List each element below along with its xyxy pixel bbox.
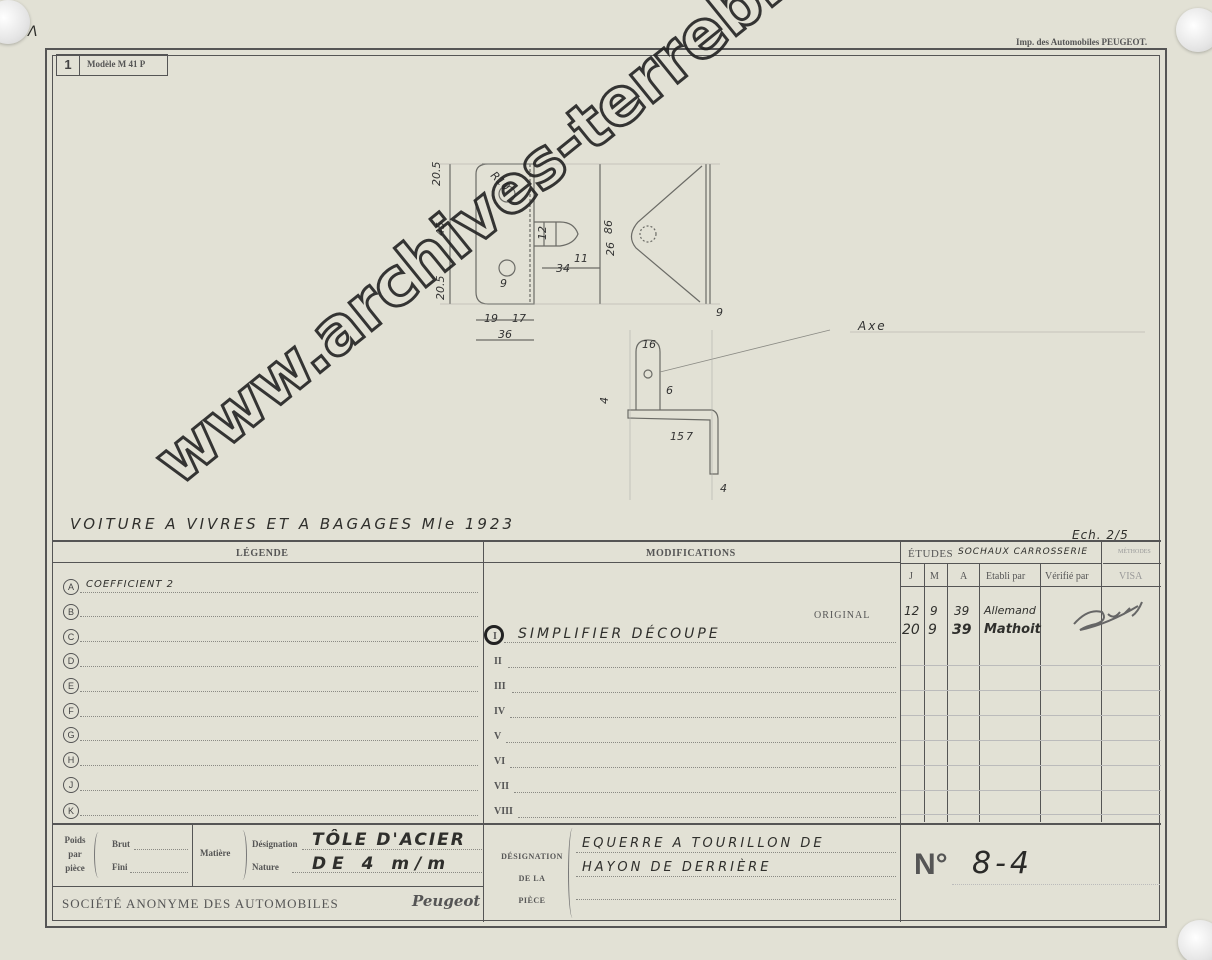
svg-text:19: 19 xyxy=(484,312,498,325)
part-number: 8-4 xyxy=(972,846,1033,881)
mod-num-8: VIII xyxy=(494,806,513,817)
col-etabli: Etabli par xyxy=(986,571,1025,582)
etudes-header: ÉTUDES xyxy=(908,548,953,560)
col-j: J xyxy=(909,571,913,582)
lower-block-top xyxy=(53,823,1161,825)
nature-label: Nature xyxy=(252,862,279,872)
mod-num-2: II xyxy=(494,656,502,667)
company-name: SOCIÉTÉ ANONYME DES AUTOMOBILES xyxy=(62,896,339,912)
poids-label-2: par xyxy=(63,847,87,861)
mod-num-6: VI xyxy=(494,756,505,767)
etudes-row1-a: 39 xyxy=(954,604,969,618)
piece-label-3: PIÈCE xyxy=(490,890,574,912)
svg-text:Axe: Axe xyxy=(857,319,887,333)
legende-letter-h: H xyxy=(63,752,79,768)
legende-text-a: COEFFICIENT 2 xyxy=(86,579,174,590)
svg-text:16: 16 xyxy=(642,338,656,351)
legende-letter-d: D xyxy=(63,653,79,669)
svg-text:15: 15 xyxy=(670,430,684,443)
visa-signature xyxy=(1068,594,1152,640)
col-verifie: Vérifié par xyxy=(1045,571,1089,582)
etudes-dept: SOCHAUX CARROSSERIE xyxy=(958,547,1088,557)
etudes-row2-j: 20 xyxy=(902,622,920,638)
svg-text:9: 9 xyxy=(716,306,723,319)
piece-line-2: HAYON DE DERRIÈRE xyxy=(582,860,771,875)
legende-header: LÉGENDE xyxy=(236,548,288,559)
mod-num-7: VII xyxy=(494,781,509,792)
modifications-divider xyxy=(900,540,901,922)
mod-num-3: III xyxy=(494,681,506,692)
legende-letter-j: J xyxy=(63,777,79,793)
original-label: ORIGINAL xyxy=(814,610,870,621)
drawing-sheet: Λ Imp. des Automobiles PEUGEOT. 1 Modèle… xyxy=(0,0,1212,960)
svg-text:26: 26 xyxy=(604,242,617,256)
number-prefix: N° xyxy=(914,848,948,882)
legende-letter-k: K xyxy=(63,803,79,819)
svg-text:6: 6 xyxy=(666,384,673,397)
designation-label: Désignation xyxy=(252,839,298,849)
poids-label-1: Poids xyxy=(63,833,87,847)
legende-letter-c: C xyxy=(63,629,79,645)
svg-text:36: 36 xyxy=(498,328,512,341)
legende-letter-a: A xyxy=(63,579,79,595)
svg-text:86: 86 xyxy=(602,220,615,234)
etudes-row1-j: 12 xyxy=(904,604,919,618)
header-divider xyxy=(53,562,901,563)
svg-text:11: 11 xyxy=(574,252,588,265)
col-m: M xyxy=(930,571,939,582)
legende-letter-f: F xyxy=(63,703,79,719)
etudes-row2-a: 39 xyxy=(952,622,971,638)
modifications-header: MODIFICATIONS xyxy=(646,548,736,559)
mod-text-1: SIMPLIFIER DÉCOUPE xyxy=(518,626,721,642)
nature-value: DE 4 m/m xyxy=(312,854,451,874)
svg-text:4: 4 xyxy=(720,482,727,495)
fini-label: Fini xyxy=(112,862,128,872)
svg-text:17: 17 xyxy=(512,312,526,325)
etudes-row2-m: 9 xyxy=(928,622,937,638)
svg-text:7: 7 xyxy=(686,430,693,443)
etudes-row1-m: 9 xyxy=(930,604,938,618)
legende-letter-e: E xyxy=(63,678,79,694)
title-block-top xyxy=(53,540,1161,542)
etudes-row1-etabli: Allemand xyxy=(984,604,1036,617)
methodes-header: MÉTHODES xyxy=(1118,549,1151,555)
col-a: A xyxy=(960,571,967,582)
svg-text:9: 9 xyxy=(500,277,507,290)
mod-num-1: I xyxy=(493,631,497,642)
brand-logo: Peugeot xyxy=(412,892,480,910)
legende-letter-b: B xyxy=(63,604,79,620)
piece-line-1: EQUERRE A TOURILLON DE xyxy=(582,836,825,851)
matiere-label: Matière xyxy=(200,848,230,858)
svg-text:20.5: 20.5 xyxy=(430,162,443,187)
svg-text:4: 4 xyxy=(598,397,611,404)
col-visa: VISA xyxy=(1119,571,1142,582)
poids-label-3: pièce xyxy=(63,861,87,875)
designation-value: TÔLE D'ACIER xyxy=(312,830,466,850)
legende-letter-g: G xyxy=(63,727,79,743)
svg-text:34: 34 xyxy=(556,262,570,275)
etudes-row2-etabli: Mathoit xyxy=(984,622,1041,637)
piece-label-2: DE LA xyxy=(490,868,574,890)
mod-num-5: V xyxy=(494,731,501,742)
brut-label: Brut xyxy=(112,839,130,849)
legende-divider xyxy=(483,540,484,922)
svg-text:12: 12 xyxy=(536,226,549,240)
vehicle-title: VOITURE A VIVRES ET A BAGAGES Mle 1923 xyxy=(70,515,515,533)
piece-label-1: DÉSIGNATION xyxy=(490,846,574,868)
mod-num-4: IV xyxy=(494,706,505,717)
